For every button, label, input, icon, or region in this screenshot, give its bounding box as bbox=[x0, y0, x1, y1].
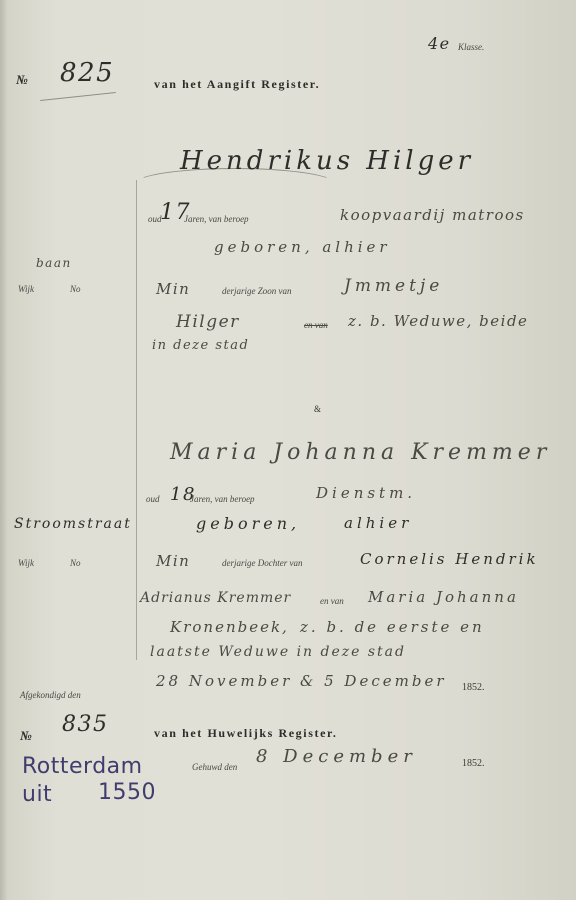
bride-birthplace-b: alhier bbox=[344, 514, 412, 532]
groom-father-first: Jmmetje bbox=[344, 276, 443, 296]
klasse-value: 4e bbox=[428, 34, 451, 53]
bride-age-prefix: oud bbox=[146, 494, 160, 504]
groom-status-label: derjarige Zoon van bbox=[222, 286, 292, 296]
klasse-label: Klasse. bbox=[458, 42, 484, 52]
groom-no-label: No bbox=[70, 284, 81, 294]
afgekondigd-dates: 28 November & 5 December bbox=[156, 672, 447, 690]
groom-occupation: koopvaardij matroos bbox=[340, 206, 525, 224]
afgekondigd-year: 1852. bbox=[462, 682, 485, 693]
groom-father-last: Hilger bbox=[176, 312, 240, 332]
aangift-register-label: van het Aangift Register. bbox=[154, 77, 320, 92]
groom-parent-note: z. b. Weduwe, beide bbox=[348, 312, 528, 330]
bride-father-first: Cornelis Hendrik bbox=[360, 550, 539, 568]
bride-address-street: Stroomstraat bbox=[14, 516, 132, 532]
bride-age-suffix: Jaren, van beroep bbox=[190, 494, 255, 504]
ampersand-separator: & bbox=[314, 404, 321, 414]
groom-birthplace: geboren, alhier bbox=[214, 238, 391, 256]
archive-stamp-line2-b: 1550 bbox=[98, 780, 156, 805]
bride-parent-note: z. b. de eerste en bbox=[300, 618, 485, 636]
afgekondigd-label: Afgekondigd den bbox=[20, 690, 81, 700]
bride-name: Maria Johanna Kremmer bbox=[170, 440, 551, 465]
groom-status-prefix: Min bbox=[156, 280, 190, 298]
gehuwd-date: 8 December bbox=[256, 746, 417, 767]
bride-status-label: derjarige Dochter van bbox=[222, 558, 302, 568]
archive-stamp-line2-a: uit bbox=[22, 782, 52, 807]
numero-symbol-2: № bbox=[20, 728, 32, 744]
number-underline bbox=[40, 92, 116, 101]
civil-record-page: № 825 van het Aangift Register. 4e Klass… bbox=[0, 0, 576, 900]
bride-birthplace-a: geboren, bbox=[196, 514, 300, 533]
groom-wijk-label: Wijk bbox=[18, 284, 34, 294]
groom-en-van-struck: en van bbox=[304, 320, 328, 330]
huwelijk-register-label: van het Huwelijks Register. bbox=[154, 726, 337, 741]
archive-stamp-line1: Rotterdam bbox=[22, 754, 143, 779]
groom-address-street: baan bbox=[36, 256, 72, 270]
bride-status-prefix: Min bbox=[156, 552, 190, 570]
bride-no-label: No bbox=[70, 558, 81, 568]
bride-mother-last: Kronenbeek, bbox=[170, 618, 289, 636]
groom-age-suffix: Jaren, van beroep bbox=[184, 214, 249, 224]
bride-father-last: Adrianus Kremmer bbox=[140, 590, 291, 606]
gehuwd-year: 1852. bbox=[462, 758, 485, 769]
bride-wijk-label: Wijk bbox=[18, 558, 34, 568]
bride-mother-first: Maria Johanna bbox=[368, 588, 519, 606]
bride-occupation: Dienstm. bbox=[316, 484, 416, 502]
groom-parent-note-2: in deze stad bbox=[152, 338, 249, 353]
aangift-number: 825 bbox=[60, 58, 114, 88]
groom-name: Hendrikus Hilger bbox=[180, 146, 474, 176]
gehuwd-label: Gehuwd den bbox=[192, 762, 237, 772]
huwelijk-number: 835 bbox=[62, 712, 109, 737]
bride-en-van-label: en van bbox=[320, 596, 344, 606]
numero-symbol: № bbox=[16, 72, 28, 88]
page-edge bbox=[0, 0, 8, 900]
margin-rule bbox=[136, 180, 137, 660]
bride-parent-note-2: laatste Weduwe in deze stad bbox=[150, 644, 406, 660]
